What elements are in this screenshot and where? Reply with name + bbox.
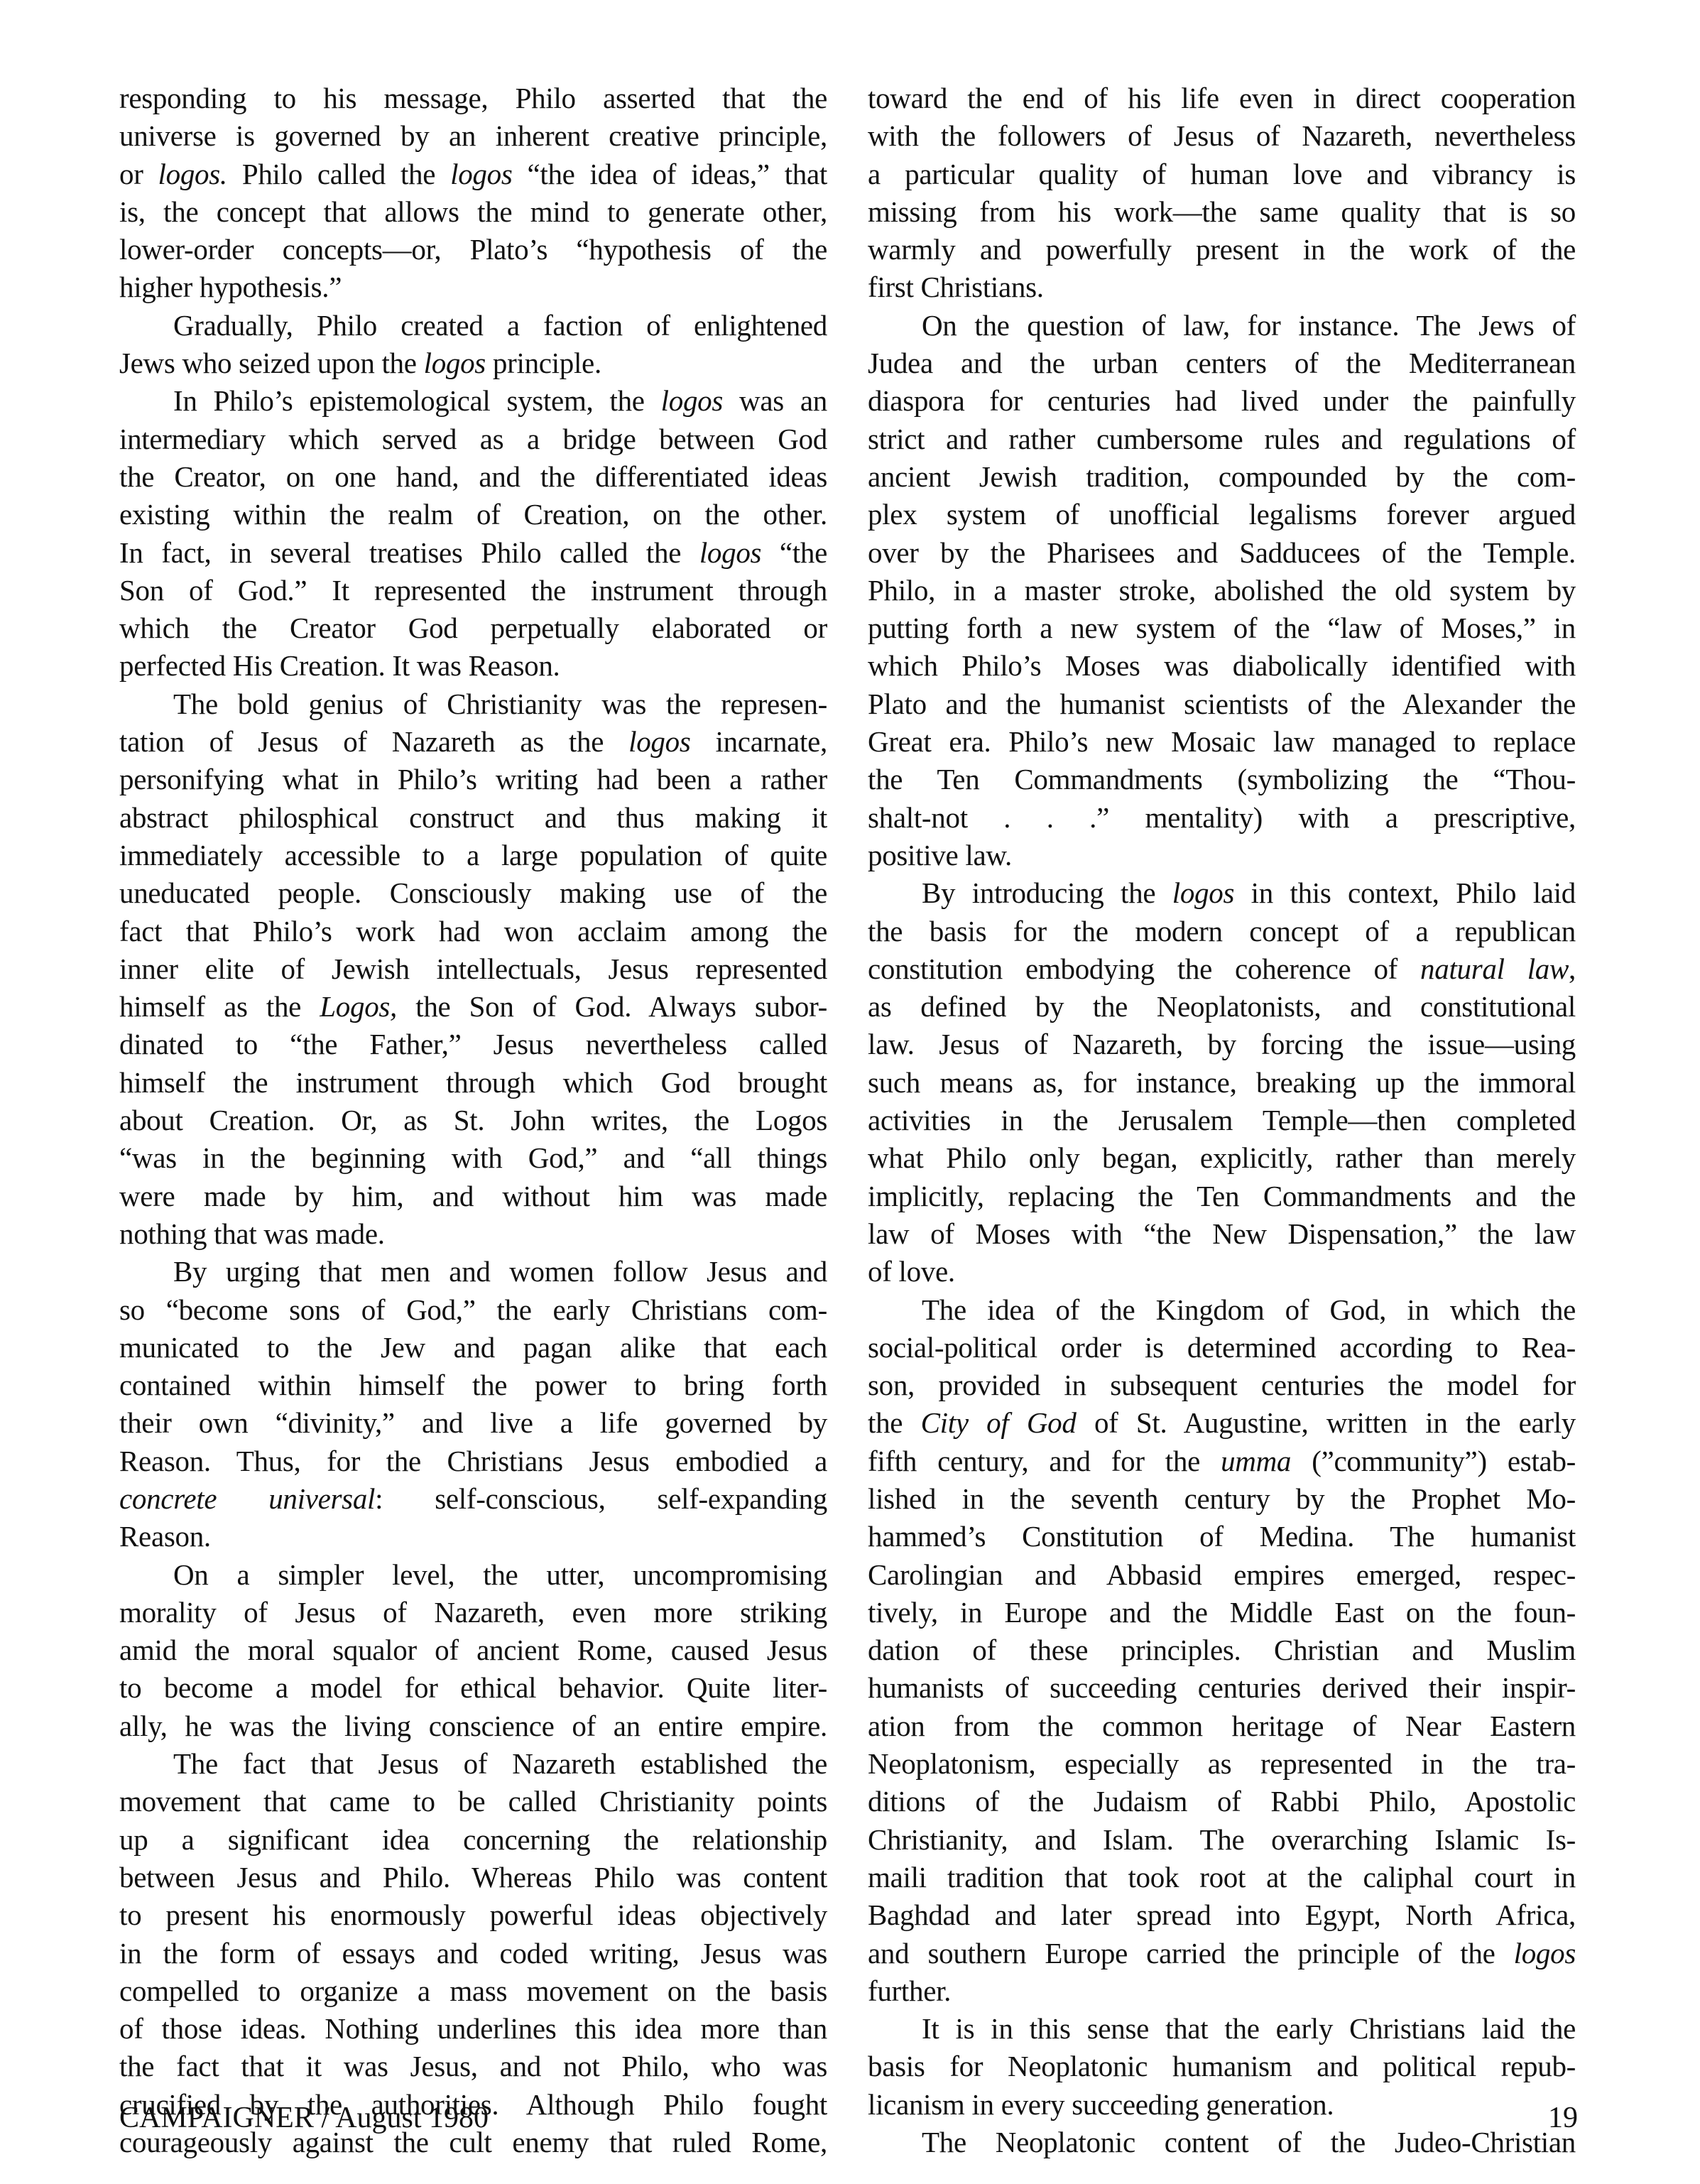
text-line: warmly and powerfully present in the wor… [868, 231, 1576, 268]
text-line: missing from his work—the same quality t… [868, 193, 1576, 231]
text-line: compelled to organize a mass movement on… [119, 1972, 827, 2010]
text-line: about Creation. Or, as St. John writes, … [119, 1102, 827, 1139]
text-line: higher hypothesis.” [119, 268, 827, 306]
text-line: to become a model for ethical behavior. … [119, 1669, 827, 1707]
text-line: strict and rather cumbersome rules and r… [868, 420, 1576, 458]
text-line: personifying what in Philo’s writing had… [119, 761, 827, 798]
text-line: the City of God of St. Augustine, writte… [868, 1404, 1576, 1442]
text-line: dinated to “the Father,” Jesus neverthel… [119, 1026, 827, 1063]
text-line: the Creator, on one hand, and the differ… [119, 458, 827, 496]
text-line: existing within the realm of Creation, o… [119, 496, 827, 533]
text-line: tively, in Europe and the Middle East on… [868, 1594, 1576, 1631]
text-line: law. Jesus of Nazareth, by forcing the i… [868, 1026, 1576, 1063]
text-line: fact that Philo’s work had won acclaim a… [119, 913, 827, 950]
text-line: Carolingian and Abbasid empires emerged,… [868, 1556, 1576, 1594]
text-line: as defined by the Neoplatonists, and con… [868, 988, 1576, 1026]
text-line: which Philo’s Moses was diabolically ide… [868, 647, 1576, 685]
text-line: Plato and the humanist scientists of the… [868, 685, 1576, 723]
text-line: positive law. [868, 837, 1576, 874]
text-line: “was in the beginning with God,” and “al… [119, 1139, 827, 1177]
text-line: nothing that was made. [119, 1215, 827, 1253]
text-line: further. [868, 1972, 1576, 2010]
text-line: Philo, in a master stroke, abolished the… [868, 572, 1576, 609]
text-line: maili tradition that took root at the ca… [868, 1859, 1576, 1896]
text-line: a particular quality of human love and v… [868, 156, 1576, 193]
text-line: ancient Jewish tradition, compounded by … [868, 458, 1576, 496]
text-line: lower-order concepts—or, Plato’s “hypoth… [119, 231, 827, 268]
text-line: inner elite of Jewish intellectuals, Jes… [119, 950, 827, 988]
text-line: By introducing the logos in this context… [868, 874, 1576, 912]
text-line: tation of Jesus of Nazareth as the logos… [119, 723, 827, 761]
text-line: Great era. Philo’s new Mosaic law manage… [868, 723, 1576, 761]
publication-footer: CAMPAIGNER / August 1980 [119, 2101, 489, 2135]
text-line: first Christians. [868, 268, 1576, 306]
text-line: to present his enormously powerful ideas… [119, 1896, 827, 1934]
text-line: which the Creator God perpetually elabor… [119, 609, 827, 647]
text-line: Reason. [119, 1518, 827, 1555]
text-line: plex system of unofficial legalisms fore… [868, 496, 1576, 533]
text-line: concrete universal: self-conscious, self… [119, 1480, 827, 1518]
text-line: himself the instrument through which God… [119, 1064, 827, 1102]
text-line: social-political order is determined acc… [868, 1329, 1576, 1367]
text-line: Christianity, and Islam. The overarching… [868, 1821, 1576, 1859]
text-line: The idea of the Kingdom of God, in which… [868, 1291, 1576, 1329]
text-line: fifth century, and for the umma (”commun… [868, 1443, 1576, 1480]
text-line: movement that came to be called Christia… [119, 1783, 827, 1820]
text-line: intermediary which served as a bridge be… [119, 420, 827, 458]
page-number: 19 [1548, 2101, 1578, 2135]
text-line: what Philo only began, explicitly, rathe… [868, 1139, 1576, 1177]
text-line: their own “divinity,” and live a life go… [119, 1404, 827, 1442]
text-line: putting forth a new system of the “law o… [868, 609, 1576, 647]
text-line: constitution embodying the coherence of … [868, 950, 1576, 988]
text-line: Jews who seized upon the logos principle… [119, 344, 827, 382]
text-line: Gradually, Philo created a faction of en… [119, 307, 827, 344]
text-line: so “become sons of God,” the early Chris… [119, 1291, 827, 1329]
text-line: lished in the seventh century by the Pro… [868, 1480, 1576, 1518]
text-line: contained within himself the power to br… [119, 1367, 827, 1404]
text-line: amid the moral squalor of ancient Rome, … [119, 1631, 827, 1669]
text-line: is, the concept that allows the mind to … [119, 193, 827, 231]
text-line: humanists of succeeding centuries derive… [868, 1669, 1576, 1707]
text-line: shalt-not . . .” mentality) with a presc… [868, 799, 1576, 837]
text-line: over by the Pharisees and Sadducees of t… [868, 534, 1576, 572]
text-line: or logos. Philo called the logos “the id… [119, 156, 827, 193]
text-line: abstract philosphical construct and thus… [119, 799, 827, 837]
text-line: universe is governed by an inherent crea… [119, 117, 827, 155]
text-line: the fact that it was Jesus, and not Phil… [119, 2048, 827, 2085]
text-line: were made by him, and without him was ma… [119, 1178, 827, 1215]
text-line: hammed’s Constitution of Medina. The hum… [868, 1518, 1576, 1555]
text-line: Judea and the urban centers of the Medit… [868, 344, 1576, 382]
text-line: up a significant idea concerning the rel… [119, 1821, 827, 1859]
text-line: son, provided in subsequent centuries th… [868, 1367, 1576, 1404]
text-line: with the followers of Jesus of Nazareth,… [868, 117, 1576, 155]
text-line: The fact that Jesus of Nazareth establis… [119, 1745, 827, 1783]
text-line: ditions of the Judaism of Rabbi Philo, A… [868, 1783, 1576, 1820]
left-column: responding to his message, Philo asserte… [119, 80, 827, 2161]
text-line: perfected His Creation. It was Reason. [119, 647, 827, 685]
text-line: immediately accessible to a large popula… [119, 837, 827, 874]
text-line: of love. [868, 1253, 1576, 1291]
text-line: In Philo’s epistemological system, the l… [119, 382, 827, 420]
text-line: Son of God.” It represented the instrume… [119, 572, 827, 609]
text-line: the basis for the modern concept of a re… [868, 913, 1576, 950]
text-line: ation from the common heritage of Near E… [868, 1707, 1576, 1745]
text-line: responding to his message, Philo asserte… [119, 80, 827, 117]
text-line: activities in the Jerusalem Temple—then … [868, 1102, 1576, 1139]
text-line: The bold genius of Christianity was the … [119, 685, 827, 723]
text-line: the Ten Commandments (symbolizing the “T… [868, 761, 1576, 798]
text-line: in the form of essays and coded writing,… [119, 1935, 827, 1972]
text-line: Neoplatonism, especially as represented … [868, 1745, 1576, 1783]
text-line: basis for Neoplatonic humanism and polit… [868, 2048, 1576, 2085]
text-line: implicitly, replacing the Ten Commandmen… [868, 1178, 1576, 1215]
text-line: uneducated people. Consciously making us… [119, 874, 827, 912]
text-line: diaspora for centuries had lived under t… [868, 382, 1576, 420]
text-line: On a simpler level, the utter, uncomprom… [119, 1556, 827, 1594]
right-column: toward the end of his life even in direc… [868, 80, 1576, 2161]
text-line: of those ideas. Nothing underlines this … [119, 2010, 827, 2048]
text-line: By urging that men and women follow Jesu… [119, 1253, 827, 1291]
text-line: law of Moses with “the New Dispensation,… [868, 1215, 1576, 1253]
text-line: such means as, for instance, breaking up… [868, 1064, 1576, 1102]
text-line: Reason. Thus, for the Christians Jesus e… [119, 1443, 827, 1480]
text-line: and southern Europe carried the principl… [868, 1935, 1576, 1972]
text-line: himself as the Logos, the Son of God. Al… [119, 988, 827, 1026]
text-line: Baghdad and later spread into Egypt, Nor… [868, 1896, 1576, 1934]
text-line: municated to the Jew and pagan alike tha… [119, 1329, 827, 1367]
text-line: On the question of law, for instance. Th… [868, 307, 1576, 344]
text-line: dation of these principles. Christian an… [868, 1631, 1576, 1669]
text-line: licanism in every succeeding generation. [868, 2086, 1576, 2124]
text-line: morality of Jesus of Nazareth, even more… [119, 1594, 827, 1631]
text-line: The Neoplatonic content of the Judeo-Chr… [868, 2124, 1576, 2161]
text-line: It is in this sense that the early Chris… [868, 2010, 1576, 2048]
text-line: toward the end of his life even in direc… [868, 80, 1576, 117]
text-line: In fact, in several treatises Philo call… [119, 534, 827, 572]
text-line: between Jesus and Philo. Whereas Philo w… [119, 1859, 827, 1896]
text-line: ally, he was the living conscience of an… [119, 1707, 827, 1745]
